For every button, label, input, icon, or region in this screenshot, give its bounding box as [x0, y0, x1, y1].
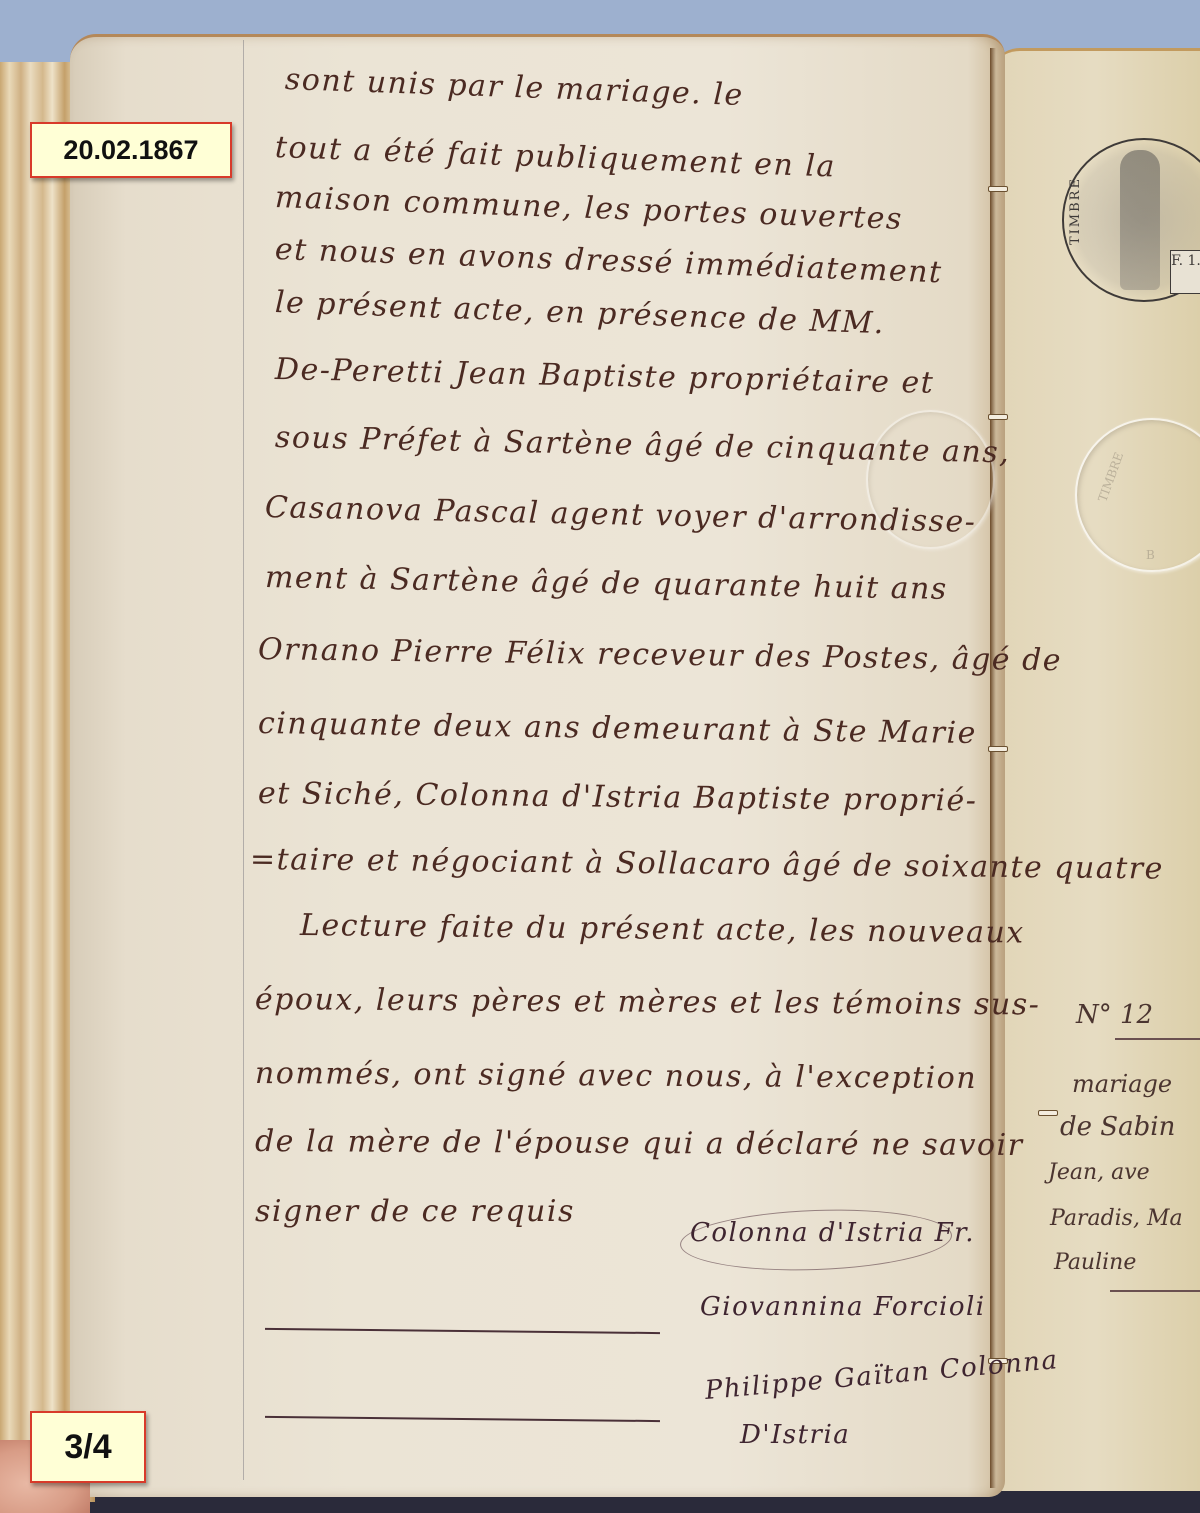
- binding-thread: [988, 414, 1008, 420]
- page-counter-label: 3/4: [30, 1411, 146, 1483]
- justice-figure-icon: [1120, 150, 1160, 290]
- margin-note-line: Pauline: [1054, 1250, 1136, 1275]
- binding-thread: [988, 746, 1008, 752]
- signature: Giovannina Forcioli: [700, 1292, 986, 1322]
- margin-note-line: Paradis, Ma: [1050, 1206, 1183, 1231]
- margin-note-line: mariage: [1072, 1070, 1172, 1098]
- entry-end-rule: [1110, 1290, 1200, 1292]
- entry-number: N° 12: [1076, 1000, 1153, 1030]
- signature: D'Istria: [740, 1420, 850, 1450]
- stamp-text: TIMBRE: [1068, 177, 1083, 245]
- signature: Colonna d'Istria Fr.: [690, 1218, 975, 1248]
- text-line: époux, leurs pères et mères et les témoi…: [255, 982, 1041, 1022]
- spine-shadow: [990, 48, 996, 1488]
- binding-thread: [988, 186, 1008, 192]
- entry-underline: [1115, 1038, 1200, 1040]
- emboss-letter: B: [1146, 548, 1155, 562]
- date-label: 20.02.1867: [30, 122, 232, 178]
- stamp-shield: F. 1.: [1170, 250, 1200, 294]
- text-line: nommés, ont signé avec nous, à l'excepti…: [255, 1056, 977, 1096]
- margin-note-line: de Sabin: [1060, 1112, 1175, 1142]
- margin-rule: [243, 40, 244, 1480]
- text-line: signer de ce requis: [255, 1194, 575, 1229]
- margin-note-line: Jean, ave: [1048, 1160, 1150, 1185]
- binding-thread: [1038, 1110, 1058, 1116]
- text-line: de la mère de l'épouse qui a déclaré ne …: [255, 1124, 1024, 1163]
